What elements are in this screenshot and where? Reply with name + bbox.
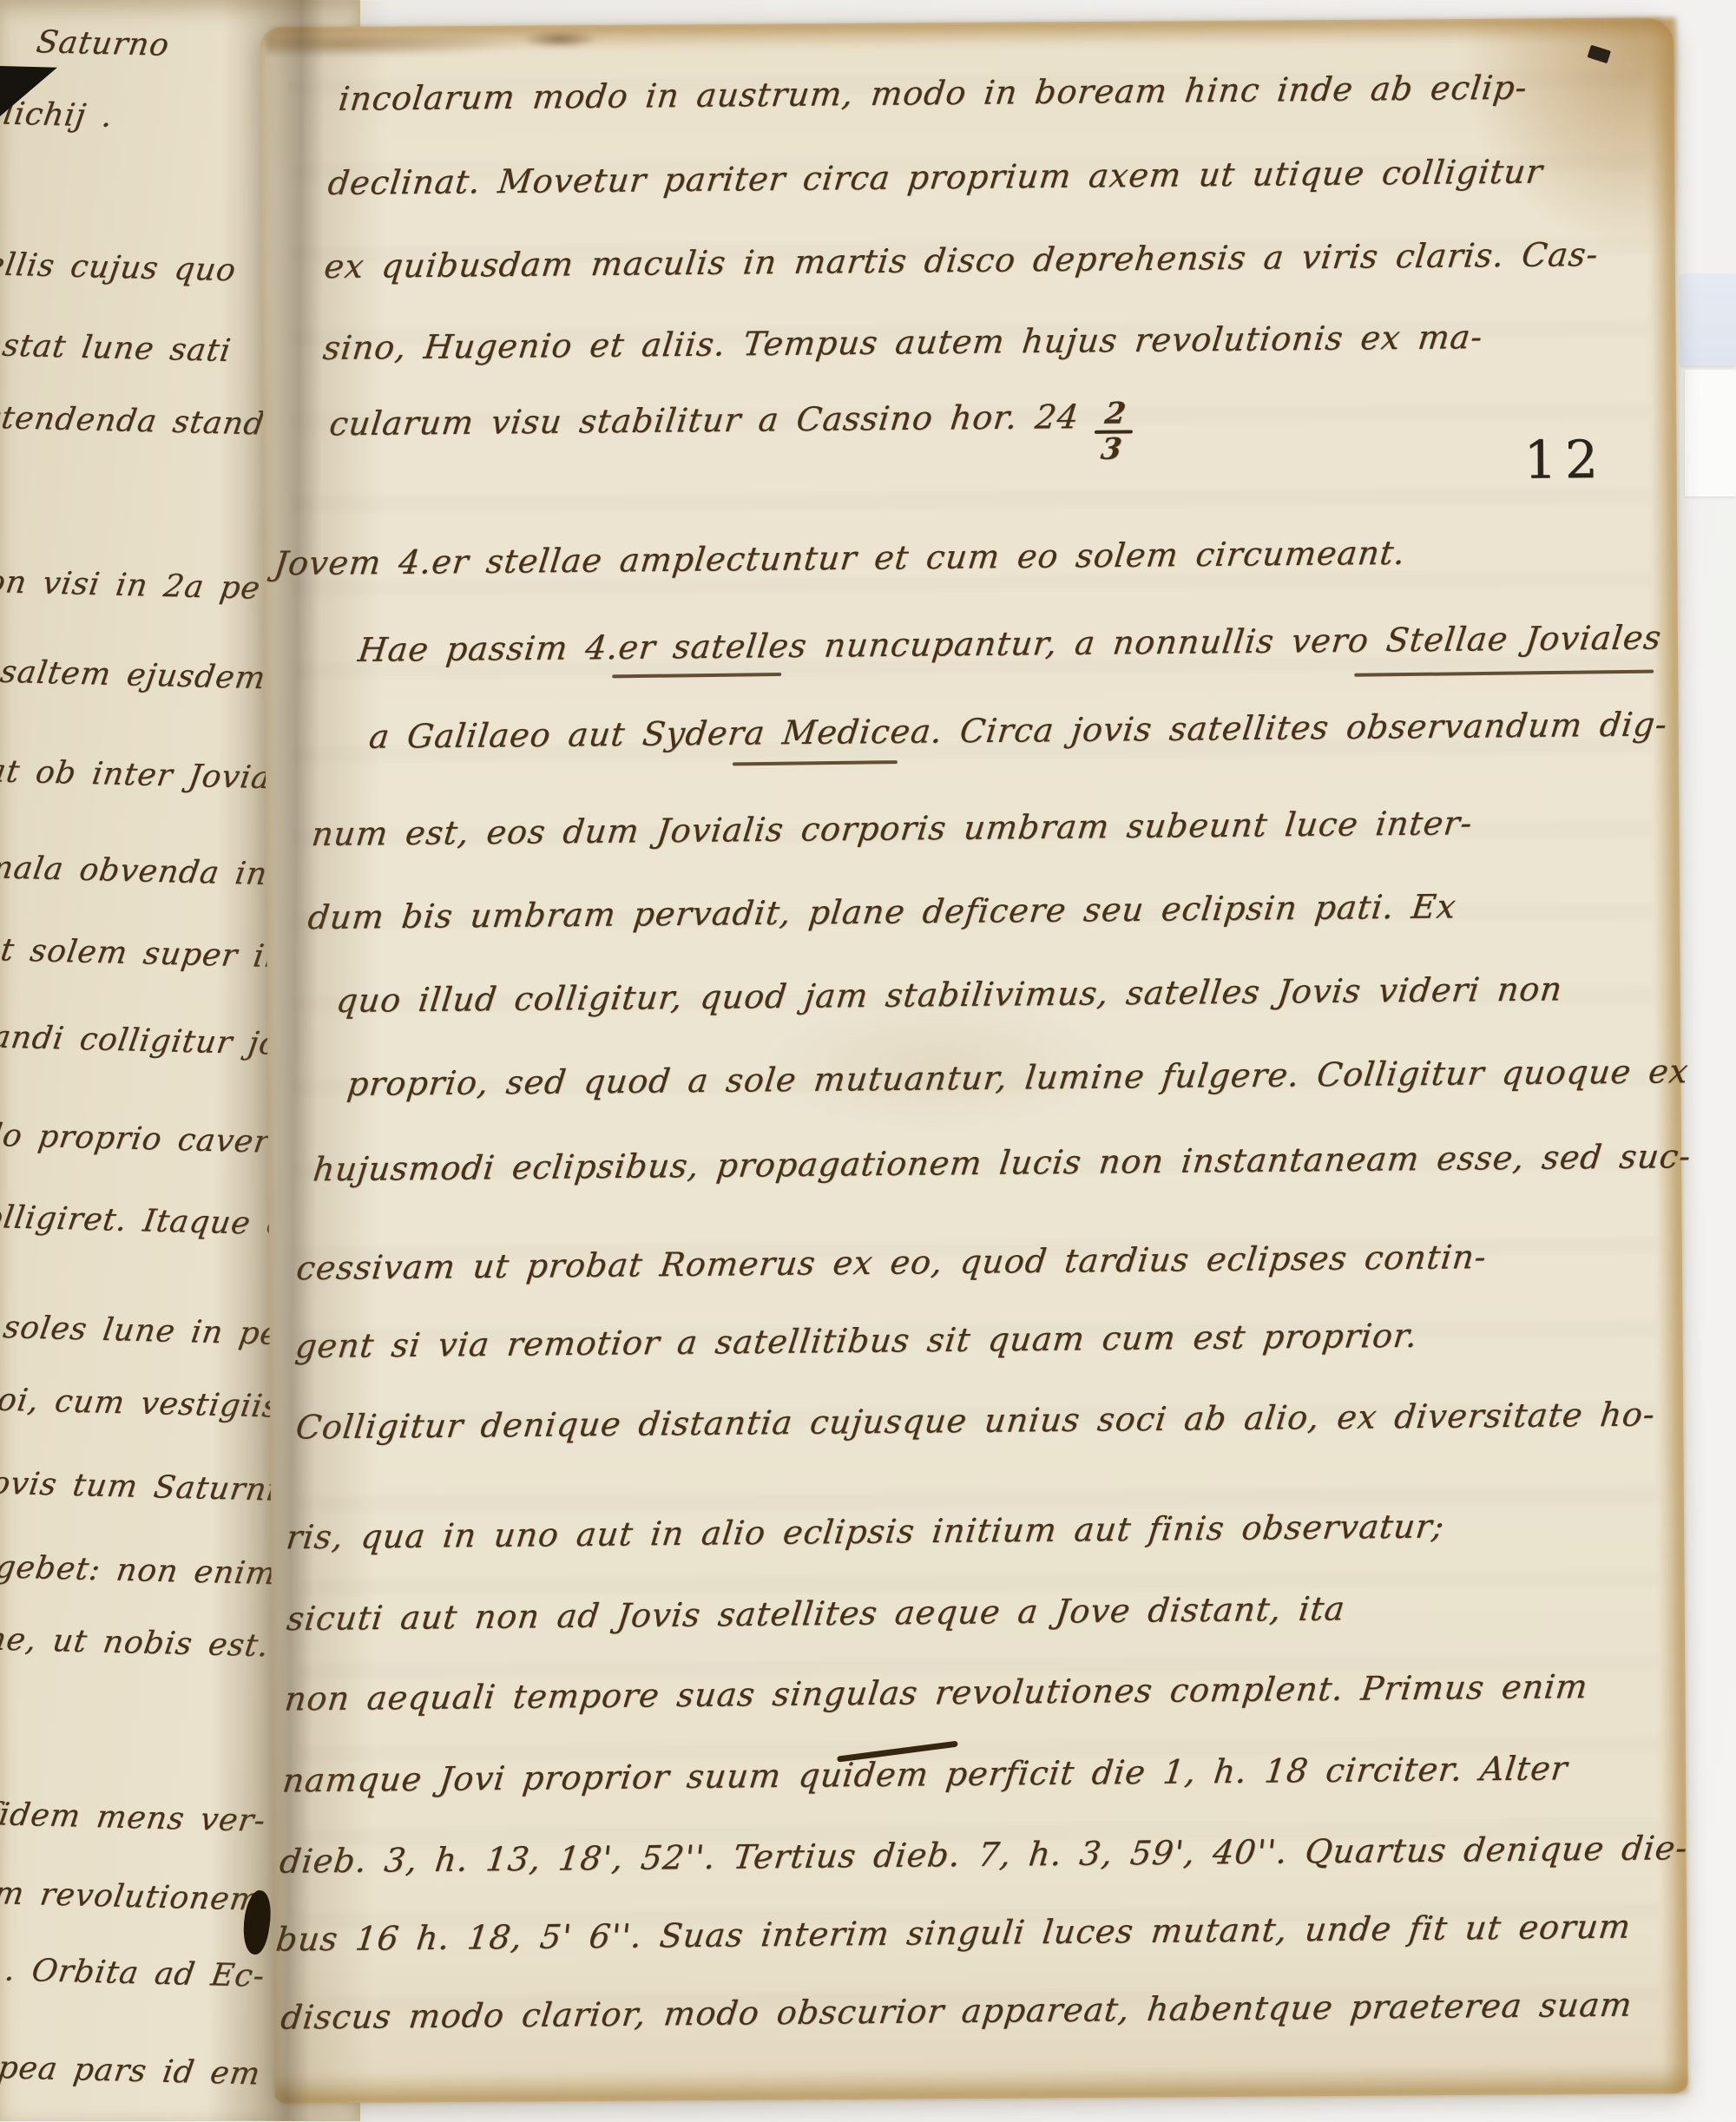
backdrop-tab-upper (1680, 274, 1736, 366)
left-page-fragment: fere . Orbita ad Ec- (0, 1950, 267, 1994)
manuscript-photo: Saturno clichij . aturniq; satellis cuju… (0, 0, 1736, 2121)
manuscript-line: discus modo clarior, modo obscurior appa… (279, 1986, 1634, 2037)
aging-stain (266, 35, 526, 59)
left-page-fragment: x jis gebet: non enim (0, 1547, 279, 1592)
left-page-fragment: oque cinguam revolutionem (0, 1870, 263, 1917)
corner-notch (1588, 45, 1611, 64)
left-page-fragment: a Jovis tum Saturni (0, 1464, 280, 1508)
manuscript-line: dieb. 3, h. 13, 18', 52''. Tertius dieb.… (278, 1829, 1690, 1881)
manuscript-line: sicuti aut non ad Jovis satellites aeque… (285, 1589, 1347, 1638)
left-page-fragment: is est ad ostendenda stand (0, 396, 267, 443)
left-page-fragment: a ti congat ob inter Jovia (0, 750, 273, 796)
manuscript-line: incolarum modo in austrum, modo in borea… (337, 69, 1529, 118)
manuscript-line: non aequali tempore suas singulas revolu… (283, 1667, 1590, 1718)
manuscript-line: declinat. Movetur pariter circa proprium… (326, 153, 1545, 202)
fraction-denominator: 3 (1100, 436, 1124, 463)
fraction-two-thirds: 23 (1091, 400, 1136, 463)
left-page-fragment: et puto fidem mens ver- (0, 1793, 268, 1839)
manuscript-line-text: cularum visu stabilitur a Cassino hor. 2… (327, 397, 1081, 443)
manuscript-line: Jovem 4.er stellae amplectuntur et cum e… (273, 534, 1408, 583)
underline-satelles (612, 673, 781, 678)
aging-stain (266, 17, 1668, 53)
left-page-fragment: propea pars id em (0, 2049, 263, 2092)
manuscript-line: bus 16 h. 18, 5' 6''. Suas interim singu… (274, 1908, 1634, 1959)
left-page-fragment: Saturno (34, 24, 172, 63)
aging-stain (1451, 17, 1679, 262)
right-page: 12 incolarum modo in austrum, modo in bo… (260, 17, 1688, 2103)
left-page-fragment: non colligiret. Itaque et (0, 1197, 302, 1242)
manuscript-line: sino, Hugenio et aliis. Tempus autem huj… (321, 318, 1485, 367)
left-page-fragment: ber in oi, cum vestigiis (0, 1379, 282, 1424)
left-page-fragment: bat soles lune in pe (0, 1308, 282, 1352)
manuscript-line: Colligitur denique distantia cujusque un… (294, 1395, 1658, 1446)
manuscript-line: gent si via remotior a satellitibus sit … (293, 1317, 1420, 1365)
underline-medicea (733, 760, 898, 765)
manuscript-line: num est, eos dum Jovialis corporis umbra… (310, 804, 1475, 853)
manuscript-line: cessivam ut probat Romerus ex eo, quod t… (294, 1238, 1489, 1287)
manuscript-line: hujusmodi eclipsibus, propagationem luci… (311, 1137, 1693, 1188)
underline-stellae-joviales (1354, 670, 1654, 677)
aging-stain (521, 30, 599, 49)
left-page-fragment: gis, mala obvenda in (0, 848, 270, 892)
left-page-fragment: , cum non visi in 2a pe (0, 561, 263, 606)
manuscript-line: ris, qua in uno aut in alio eclipsis ini… (284, 1507, 1446, 1556)
manuscript-line: ex quibusdam maculis in martis disco dep… (322, 235, 1601, 286)
aging-stain (274, 2062, 1687, 2103)
manuscript-line: proprio, sed quod a sole mutuantur, lumi… (345, 1052, 1691, 1103)
left-page-fragment: aturniq; satellis cujus quo (0, 242, 239, 289)
manuscript-line: Hae passim 4.er satelles nuncupantur, a … (356, 618, 1663, 668)
page-number: 12 (1523, 430, 1606, 491)
left-page-fragment: em eo, et saltem ejusdem (0, 650, 268, 696)
manuscript-line: namque Jovi proprior suum quidem perfici… (280, 1749, 1569, 1799)
backdrop-tab-lower (1685, 370, 1736, 496)
manuscript-line: quo illud colligitur, quod jam stabilivi… (334, 969, 1564, 1020)
left-page-fragment: martem constat lune sati (0, 323, 233, 369)
manuscript-line: cularum visu stabilitur a Cassino hor. 2… (325, 397, 1136, 466)
manuscript-line: a Galilaeo aut Sydera Medicea. Circa jov… (367, 705, 1669, 755)
fraction-numerator: 2 (1103, 401, 1128, 428)
manuscript-line: dum bis umbram pervadit, plane deficere … (306, 887, 1458, 936)
left-page-fragment: une, ut nobis est. (0, 1621, 272, 1664)
